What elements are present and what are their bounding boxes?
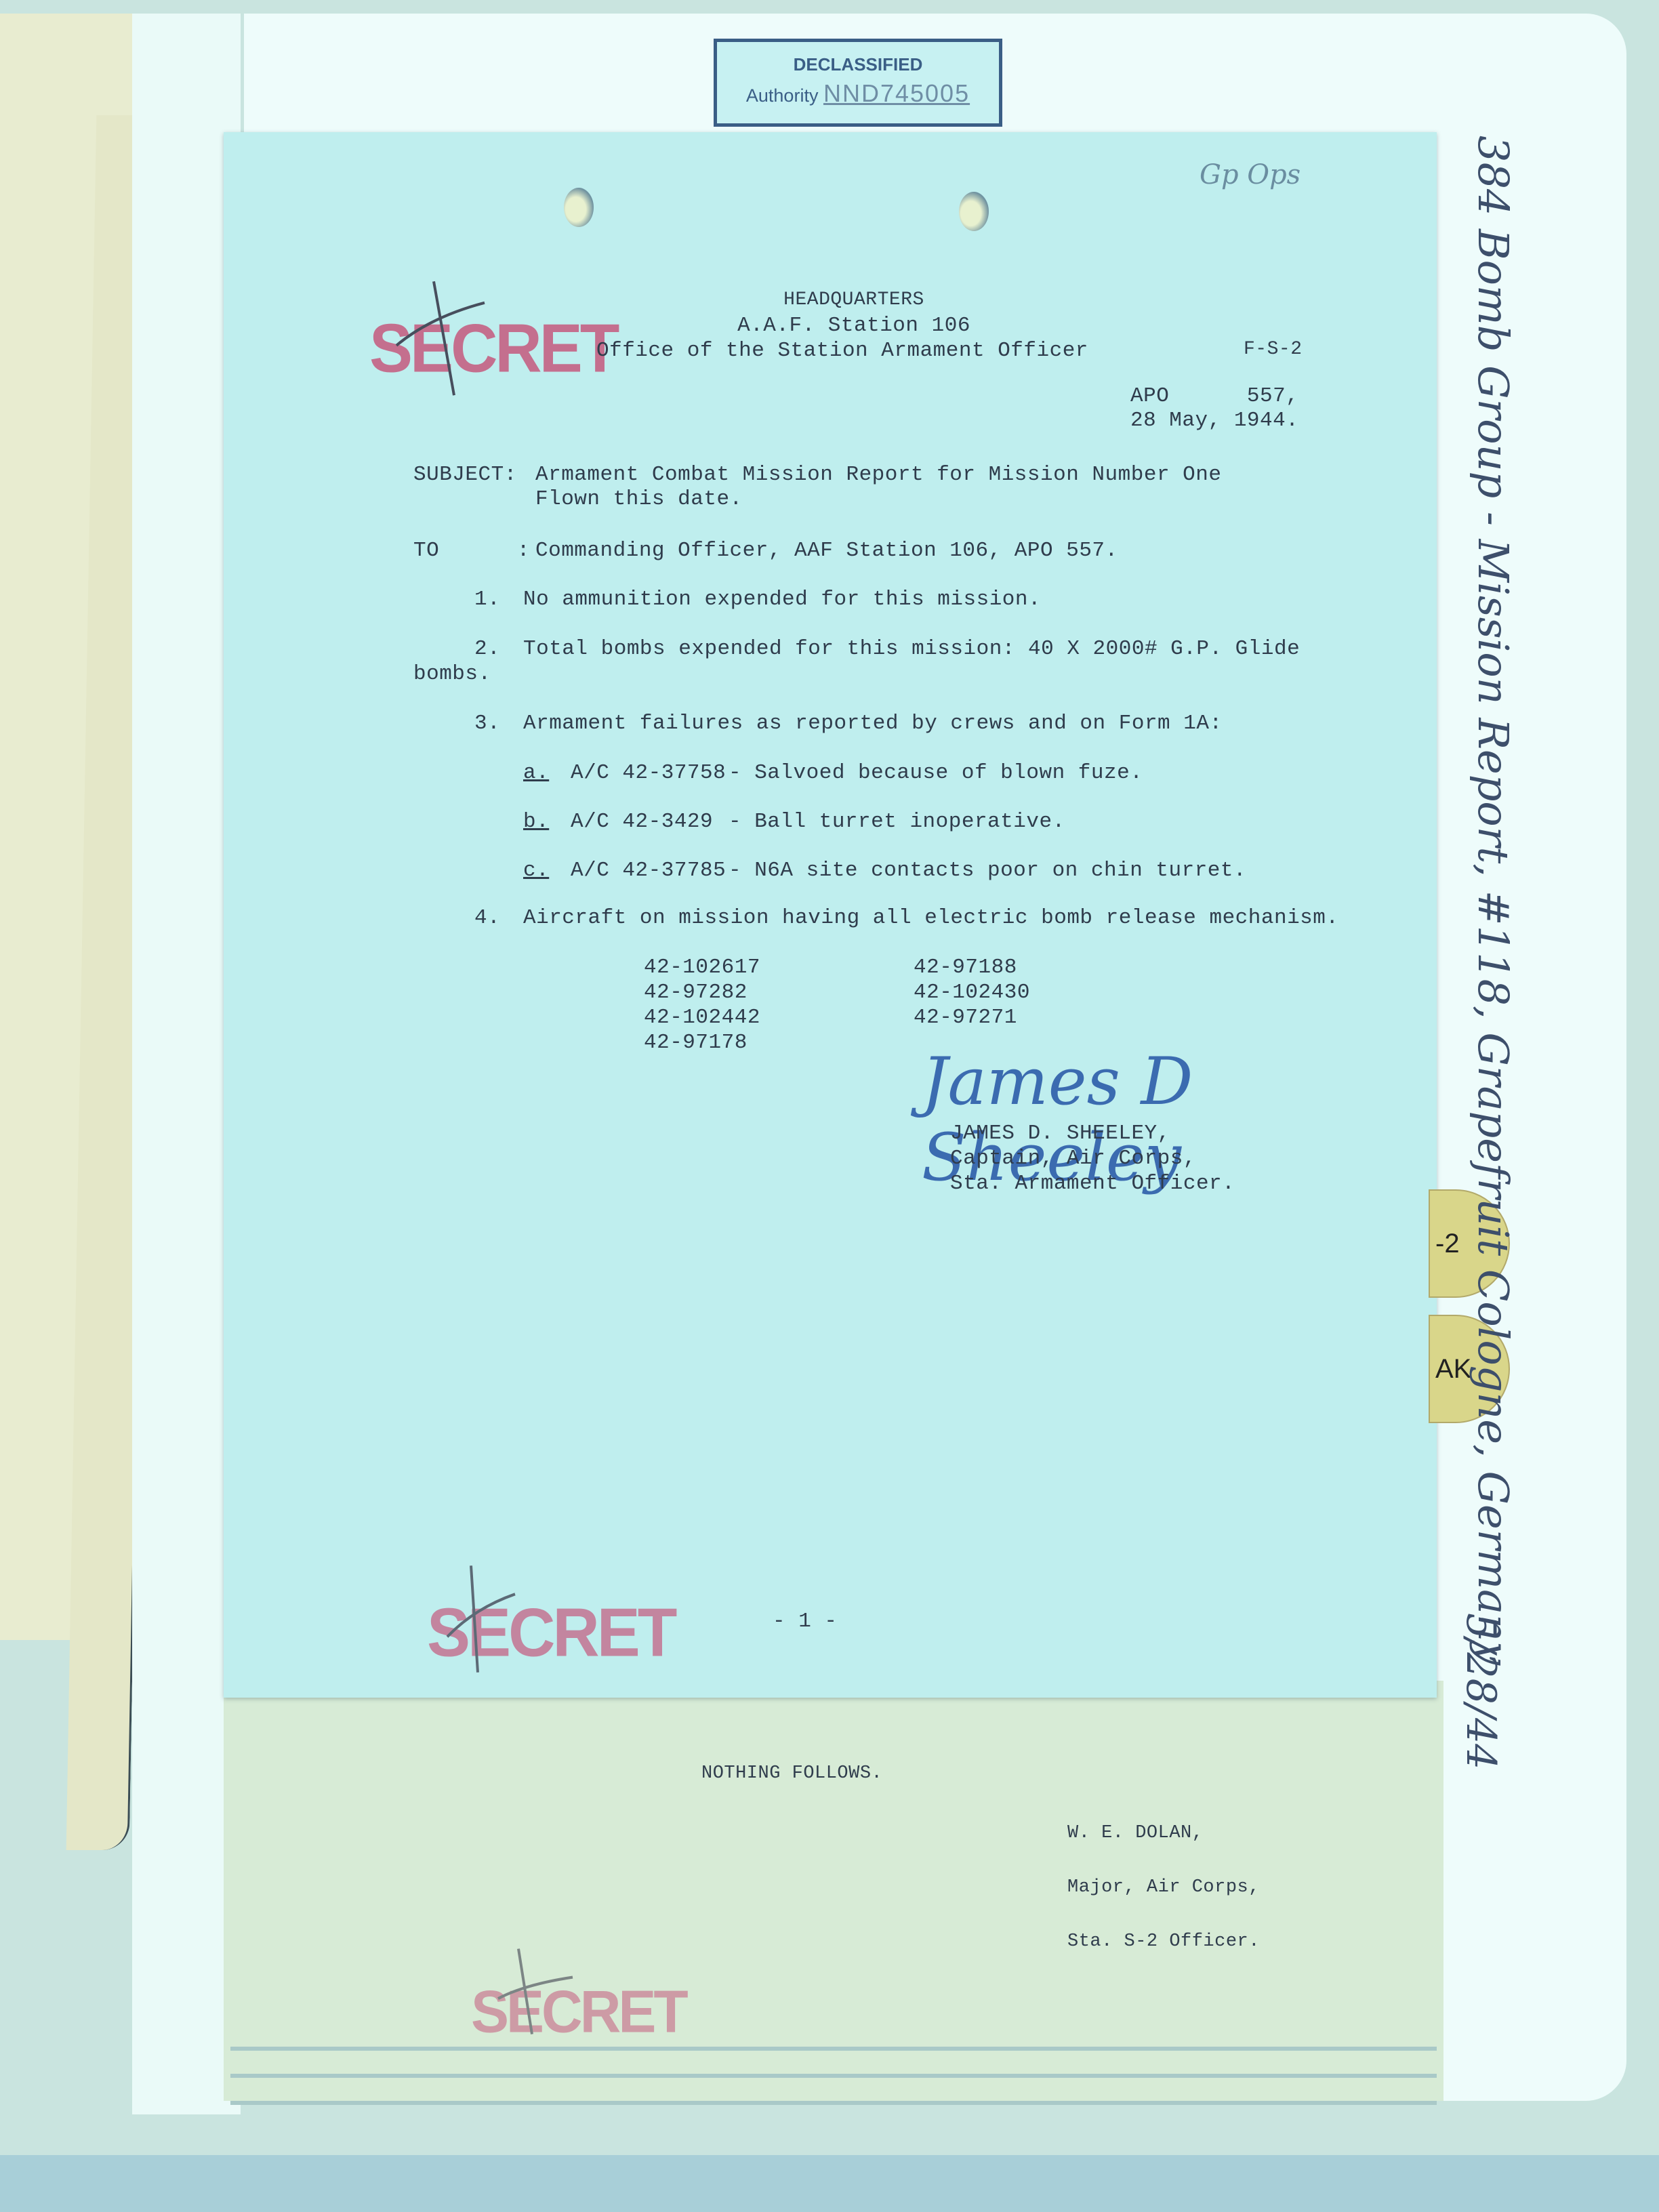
item-4-text: Aircraft on mission having all electric … [523,906,1339,930]
authority-value: NND745005 [823,79,970,107]
failure-c-aircraft: A/C 42-37785 [571,859,726,882]
memo-date: 28 May, 1944. [1130,409,1298,432]
aircraft-list-item: 42-97188 [914,956,1017,979]
item-1-text: No ammunition expended for this mission. [523,588,1041,611]
subject-line-1: Armament Combat Mission Report for Missi… [535,463,1221,487]
failure-c-issue: - N6A site contacts poor on chin turret. [729,859,1246,882]
declassified-title: DECLASSIFIED [717,54,999,75]
item-2-text: Total bombs expended for this mission: 4… [523,637,1300,661]
aircraft-list-item: 42-97271 [914,1006,1017,1029]
to-label: TO : [413,539,530,562]
failure-c-letter: c. [523,859,549,882]
nothing-follows: NOTHING FOLLOWS. [701,1763,882,1784]
form-code: F-S-2 [1244,339,1303,360]
aircraft-list-item: 42-97178 [644,1031,747,1054]
s2-signer-title: Sta. S-2 Officer. [1067,1931,1260,1952]
failure-b-letter: b. [523,810,549,834]
header-station: A.A.F. Station 106 [691,314,1017,337]
declassified-stamp: DECLASSIFIED Authority NND745005 [714,39,1002,127]
table-surface [0,2155,1659,2212]
item-3-num: 3. [474,712,500,735]
secret-stamp-underlying: SECRET [471,1978,686,2047]
failure-b-aircraft: A/C 42-3429 [571,810,726,834]
item-1-num: 1. [474,588,500,611]
to-value: Commanding Officer, AAF Station 106, APO… [535,539,1118,562]
page-number: - 1 - [773,1610,838,1633]
item-2-num: 2. [474,637,500,661]
apo-number: APO 557, [1130,384,1298,408]
signer-name: JAMES D. SHEELEY, [950,1122,1170,1145]
s2-signer-rank: Major, Air Corps, [1067,1877,1260,1898]
aircraft-list-item: 42-102430 [914,981,1030,1004]
underlying-page: NOTHING FOLLOWS. W. E. DOLAN, Major, Air… [224,1681,1443,2101]
subject-line-2: Flown this date. [535,487,743,511]
handwritten-side-note: 384 Bomb Group - Mission Report, #118, G… [1464,136,1518,1491]
handwritten-side-date: 5/28/44 [1457,1613,1504,1769]
punch-hole-icon [959,192,989,231]
s2-signer-name: W. E. DOLAN, [1067,1823,1203,1843]
failure-a-issue: - Salvoed because of blown fuze. [729,761,1143,785]
header-office: Office of the Station Armament Officer [596,339,1088,363]
item-4-num: 4. [474,906,500,930]
failure-a-letter: a. [523,761,549,785]
aircraft-list-item: 42-102442 [644,1006,760,1029]
signer-title: Sta. Armament Officer. [950,1172,1235,1195]
authority-label: Authority [746,85,819,106]
strike-mark-icon [427,1573,562,1687]
aircraft-list-item: 42-97282 [644,981,747,1004]
failure-b-issue: - Ball turret inoperative. [729,810,1065,834]
punch-hole-icon [564,188,594,227]
aircraft-list-item: 42-102617 [644,956,760,979]
handwritten-gp-ops: Gp Ops [1200,159,1300,190]
secret-stamp-bottom: SECRET [427,1594,674,1673]
signer-rank: Captain, Air Corps, [950,1147,1196,1170]
item-2-continuation: bombs. [413,662,491,686]
secret-stamp-top: SECRET [369,310,617,388]
item-3-text: Armament failures as reported by crews a… [523,712,1223,735]
failure-a-aircraft: A/C 42-37758 [571,761,726,785]
subject-label: SUBJECT: [413,463,517,487]
memo-page: Gp Ops SECRET HEADQUARTERS A.A.F. Statio… [224,132,1437,1698]
folder-tab-label: -2 [1435,1229,1460,1259]
strike-mark-icon [369,289,505,403]
header-headquarters: HEADQUARTERS [691,289,1017,310]
strike-mark-icon [471,1956,607,2055]
